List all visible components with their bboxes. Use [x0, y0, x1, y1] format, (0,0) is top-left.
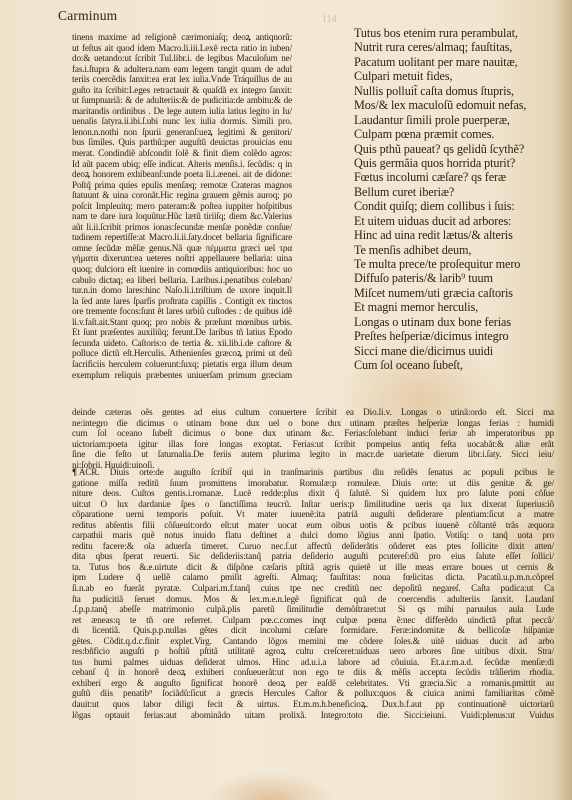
verse-line: Et uitem uiduas ducit ad arbores:: [354, 214, 554, 228]
commentary-line: aũt li.ii.ſcribit primos ionas:ſecundæ m…: [72, 222, 292, 233]
commentary-line: Et ſunt præſentes auxiliũq; ferunt.De la…: [72, 327, 292, 338]
commentary-line: deinde cæteras oẽs gentes ad eius cultum…: [72, 407, 554, 418]
commentary-line: deoꝝ honorem exhibeanſ:unde poeta li.i.æ…: [72, 169, 292, 180]
commentary-line: ne:integro die dicimus o utinam bone dux…: [72, 418, 554, 429]
commentary-line: poſcit Impleuitq; mero pateram:& poſtea …: [72, 201, 292, 212]
commentary-column-left: tinens maxime ad religionẽ cærimoniaſq; …: [72, 32, 292, 380]
commentary-line: cebanſ q̃ in honorẽ deoꝝ exhiberi conſue…: [72, 667, 554, 678]
verse-line: Bellum curet iberiæ?: [354, 185, 554, 199]
verse-line: Mos/& lex maculoſũ edomuit nefas,: [354, 98, 554, 112]
commentary-line: cabulo dictaq; ea liberi bellaria. Larib…: [72, 275, 292, 286]
verse-column: Tutus bos etenim rura perambulat, Nutrit…: [354, 26, 554, 373]
verse-line: Longas o utinam dux bone ferias: [354, 315, 554, 329]
commentary-line: uenalis ſatyra.ii.ibi.ſ.ubi nunc lex iul…: [72, 116, 292, 127]
commentary-line: ta. Tutus bos &.e.uirtute dicit & diſpõn…: [72, 562, 554, 573]
commentary-line: uictoriam:poeta igitur illas fore longas…: [72, 439, 554, 450]
commentary-line: carpathii maris quẽ notus inuido flatu d…: [72, 530, 554, 541]
commentary-line: ſecunda uideto. Caſtoris:o de tertia &. …: [72, 338, 292, 349]
commentary-line: Poſtq̃ prima quies epulis menſæq; remotæ…: [72, 180, 292, 191]
commentary-line-text: ACR. Diuis orte:de auguſto ſcribit̃ qui …: [79, 467, 554, 477]
commentary-line: ut ſumptuariã: & de adulteriis:& de pudi…: [72, 95, 292, 106]
commentary-line: res:bñficio auguſti p hoſtiũ pſtitã util…: [72, 646, 554, 657]
commentary-line: uit:ut O lux dardaniæ ſpes o ſanctiſſima…: [72, 499, 554, 510]
commentary-line: ſi.n.ab eo fuerãt pyratæ. Culpari.m.f.ta…: [72, 583, 554, 594]
commentary-line: ret æneas:q te tñ ore referret. Culpam p…: [72, 615, 554, 626]
commentary-line: cum ſol oceano ſubeſt dicimus o bone dux…: [72, 428, 554, 439]
commentary-line: gatione miſſa reditũ ſuum promittens imo…: [72, 478, 554, 489]
commentary-line: tur.n.in domo lares:hinc Naſo.li.i.triſt…: [72, 285, 292, 296]
commentary-line: merat. Condindiẽ abſcondit ſolẽ & finit …: [72, 148, 292, 159]
commentary-line: omne ſecũdæ mẽſæ genus.Nã quæ πέμματα gr…: [72, 243, 292, 254]
verse-line: Fœtus incolumi cæſare? qs feræ: [354, 170, 554, 184]
commentary-line: la ſed ante lares ſparſis proſtrata capi…: [72, 296, 292, 307]
commentary-line: reditus abſentis filii cõſueuit:ordo eſt…: [72, 520, 554, 531]
commentary-line: ſta pudicitiã ſeruet domus. Mos & lex.m.…: [72, 594, 554, 605]
commentary-line: reditu facere:& oĩa aduerſa timeret. Cur…: [72, 541, 554, 552]
verse-line: Tutus bos etenim rura perambulat,: [354, 26, 554, 40]
commentary-line: ipm Ludere q̃ uellẽ calamo pmiſit agreſt…: [72, 572, 554, 583]
commentary-line: tudinem repertiſſe:at Macro.li.ii.ſaty.d…: [72, 232, 292, 243]
commentary-line: nam te dare iura loquũtur.Hũc lætũ tirii…: [72, 211, 292, 222]
verse-line: Quis germãia quos horrida pturit?: [354, 156, 554, 170]
commentary-line: exemplum reliquis præbentes uniuerſam pr…: [72, 370, 292, 381]
commentary-line: teriis coercẽdis ſanxit:ea erat lex iuli…: [72, 74, 292, 85]
commentary-line: γήματα dixerunt:ea ueteres noſtri appell…: [72, 253, 292, 264]
verse-line: Culpari metuit fides,: [354, 69, 554, 83]
commentary-line: tus humi palmes uiduas deſiderat ulmos. …: [72, 657, 554, 668]
book-page: Carminum 114 tinens maxime ad religionẽ …: [0, 0, 572, 800]
verse-line: Pacatum uolitant per mare nauitæ,: [354, 55, 554, 69]
commentary-line: polluce dictũ eſt.Herculis. Athenienſes …: [72, 348, 292, 359]
verse-line: Preſtes heſperiæ/dicimus integro: [354, 329, 554, 343]
verse-line: Culpam pœna præmit comes.: [354, 127, 554, 141]
running-head: Carminum: [58, 8, 117, 24]
verse-line: Quis pthũ paueat? qs gelidũ ſcythẽ?: [354, 142, 554, 156]
verse-line: Hinc ad uina redit lætus/& alteris: [354, 228, 554, 242]
verse-line: Miſcet numem/uti græcia caſtoris: [354, 286, 554, 300]
commentary-line: guſto ita ſcribit:Leges retractauit & qu…: [72, 85, 292, 96]
verse-line: Sicci mane die/dicimus uuidi: [354, 344, 554, 358]
commentary-line: lenon.n.nothi non ſpurii generanſ:ueꝝ le…: [72, 127, 292, 138]
commentary-line: ore tremente focos:ſunt ẽt lares urbiũ c…: [72, 306, 292, 317]
commentary-block-full-width: deinde cæteras oẽs gentes ad eius cultum…: [72, 407, 554, 470]
commentary-line: ſacrificiis herculem coluerunt:ſuxq; pie…: [72, 359, 292, 370]
commentary-line: dauit:ut quos labor diligi fecit & uirtu…: [72, 699, 554, 710]
commentary-line: ſine die feſto ut ſaturnalia.De feriis a…: [72, 449, 554, 460]
commentary-line: ut feſtus ait quod idem Macro.li.iii.Lex…: [72, 43, 292, 54]
verse-line: Te multa prece/te proſequitur mero: [354, 257, 554, 271]
commentary-block-second: ¶ACR. Diuis orte:de auguſto ſcribit̃ qui…: [72, 467, 554, 720]
commentary-line: di licentiã. Quis.p.p.nullas gẽtes dicit…: [72, 625, 554, 636]
verse-line: Nutrit rura ceres/almaq; fauſtitas,: [354, 40, 554, 54]
commentary-line: dita qbus ſperat reuerti. Sic deſideriis…: [72, 551, 554, 562]
commentary-line-with-pilcrow: ¶ACR. Diuis orte:de auguſto ſcribit̃ qui…: [72, 467, 554, 478]
pilcrow-icon: ¶: [72, 467, 77, 477]
verse-line: Et magni memor herculis,: [354, 300, 554, 314]
commentary-line: exhiberi ergo & auguſto ſignificat honor…: [72, 678, 554, 689]
commentary-line: fas.i.ſtupra & adultera.nam eam legem ta…: [72, 64, 292, 75]
commentary-line: bus ſimiles. Quis parthũ:per auguſtũ deu…: [72, 137, 292, 148]
commentary-line: ſtatuunt & uina coronãt.Hic regina graue…: [72, 190, 292, 201]
commentary-line: .ſ.p.p.tanq̃ abeſſe matrimonio culpã.pli…: [72, 604, 554, 615]
verse-line: Diffuſo pateris/& larib⁹ tuum: [354, 271, 554, 285]
page-edge-shadow: [554, 0, 572, 800]
commentary-line: cõparatione uerni temporis poſuit. Vt ma…: [72, 509, 554, 520]
commentary-line: li.v.faſt.ait.Stant quoq; pro nobis & pr…: [72, 317, 292, 328]
verse-line: Condit quiſq; diem collibus i ſuis:: [354, 199, 554, 213]
commentary-line: quoq; dulciora eſt iuenire in comœdiis a…: [72, 264, 292, 275]
commentary-line: guſtũ diis penatib⁹ ſociãdũ:ſicut a græc…: [72, 688, 554, 699]
commentary-line: lõgas optauit ferias:aut abominãdo uitam…: [72, 710, 554, 721]
verse-line: Nullis polluit̃ caſta domus ſtupris,: [354, 84, 554, 98]
commentary-line: Id aũt pacem ubiq; eſſe indicat. Alteris…: [72, 159, 292, 170]
commentary-line: tinens maxime ad religionẽ cærimoniaſq; …: [72, 32, 292, 43]
commentary-line: gẽtes. Cõdit.q.d.c.finit explet.Virg. Ca…: [72, 636, 554, 647]
verse-line: Cum ſol oceano ſubeſt,: [354, 358, 554, 372]
verse-line: Laudantur ſimili prole puerperæ,: [354, 113, 554, 127]
commentary-line: niture deos. Cuſtos gentis.i.romanæ. Luc…: [72, 488, 554, 499]
folio-number: 114: [322, 14, 337, 25]
commentary-line: do:& uetando:ut ſcribit Tul.libr.i. de l…: [72, 53, 292, 64]
commentary-line: maritandis ordinibus . De lege autem iul…: [72, 106, 292, 117]
verse-line: Te menſis adhibet deum,: [354, 243, 554, 257]
